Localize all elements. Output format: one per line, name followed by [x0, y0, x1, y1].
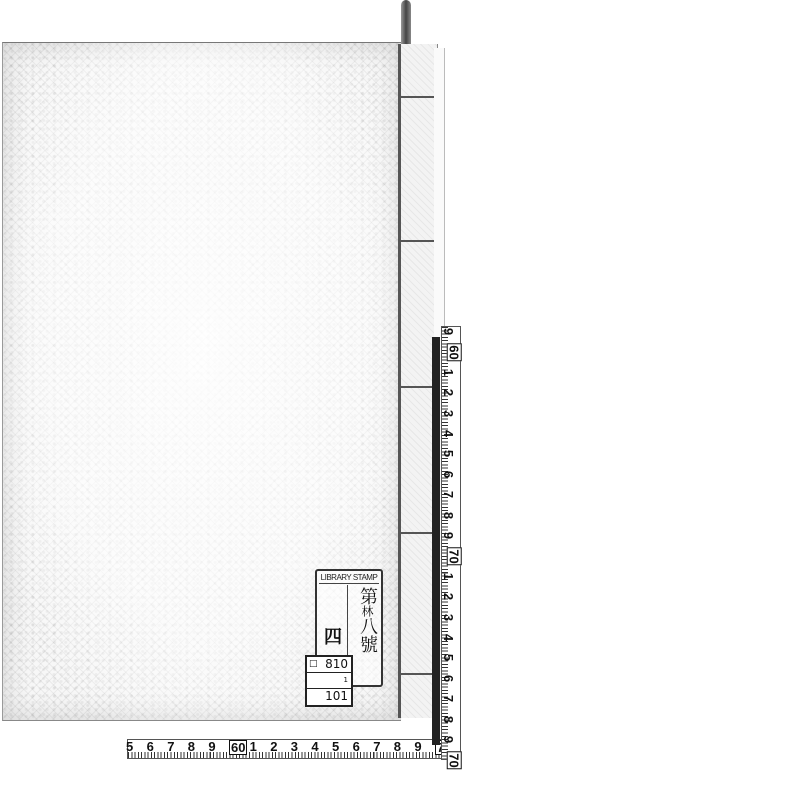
ruler-label: 8	[442, 715, 455, 722]
shelf-number-sticker: □ 810 1 101	[305, 655, 353, 707]
ruler-label: 1	[442, 369, 455, 376]
ruler-label: 5	[332, 740, 339, 753]
ruler-label: 7	[167, 740, 174, 753]
ruler-label: 5	[442, 450, 455, 457]
ruler-label: 9	[208, 740, 215, 753]
shelf-class: 810	[325, 657, 348, 671]
ruler-label: 1	[442, 573, 455, 580]
ruler-label: 7	[442, 491, 455, 498]
ruler-label: 2	[270, 740, 277, 753]
ruler-label: 6	[147, 740, 154, 753]
title-char: 八	[357, 617, 378, 635]
ruler-label: 60	[229, 740, 247, 755]
vertical-measuring-scale: 9601234567897012345678970	[441, 326, 461, 760]
ruler-label: 6	[442, 675, 455, 682]
ruler-label: 2	[442, 593, 455, 600]
ruler-label: 3	[442, 613, 455, 620]
ruler-label: 70	[447, 752, 462, 770]
ruler-label: 5	[442, 654, 455, 661]
label-volume: 四	[321, 623, 345, 649]
horizontal-measuring-scale: 567896012345678970	[127, 739, 461, 759]
ruler-label: 4	[442, 634, 455, 641]
label-title: 第林八號	[350, 587, 378, 653]
ruler-label: 8	[394, 740, 401, 753]
binding-divider	[401, 240, 437, 242]
binding-divider	[401, 96, 437, 98]
ruler-label: 8	[188, 740, 195, 753]
ruler-label: 9	[442, 328, 455, 335]
ruler-label: 9	[414, 740, 421, 753]
ruler-label: 7	[373, 740, 380, 753]
ruler-label: 1	[250, 740, 257, 753]
ruler-label: 6	[442, 471, 455, 478]
ruler-label: 5	[126, 740, 133, 753]
shelf-mark: □	[309, 657, 318, 672]
ruler-label: 7	[442, 695, 455, 702]
shelf-row: 101	[307, 689, 351, 704]
ruler-label: 2	[442, 389, 455, 396]
ruler-label: 4	[442, 430, 455, 437]
shelf-sub: 1	[344, 676, 348, 684]
shelf-number: 101	[325, 689, 348, 703]
ruler-shadow	[432, 337, 440, 745]
shelf-row: 1	[307, 673, 351, 689]
ruler-label: 9	[442, 736, 455, 743]
ruler-label: 9	[442, 532, 455, 539]
ruler-label: 6	[353, 740, 360, 753]
shelf-row: □ 810	[307, 657, 351, 673]
ruler-label: 3	[291, 740, 298, 753]
title-char: 林	[360, 605, 374, 617]
ruler-label: 3	[442, 409, 455, 416]
ruler-label: 8	[442, 511, 455, 518]
label-header: LIBRARY STAMP	[319, 573, 379, 584]
ruler-label: 60	[447, 344, 462, 362]
ruler-label: 4	[311, 740, 318, 753]
ruler-label: 70	[447, 548, 462, 566]
title-char: 第	[357, 587, 378, 605]
title-char: 號	[357, 635, 378, 653]
book-ribbon-tab	[401, 0, 411, 46]
